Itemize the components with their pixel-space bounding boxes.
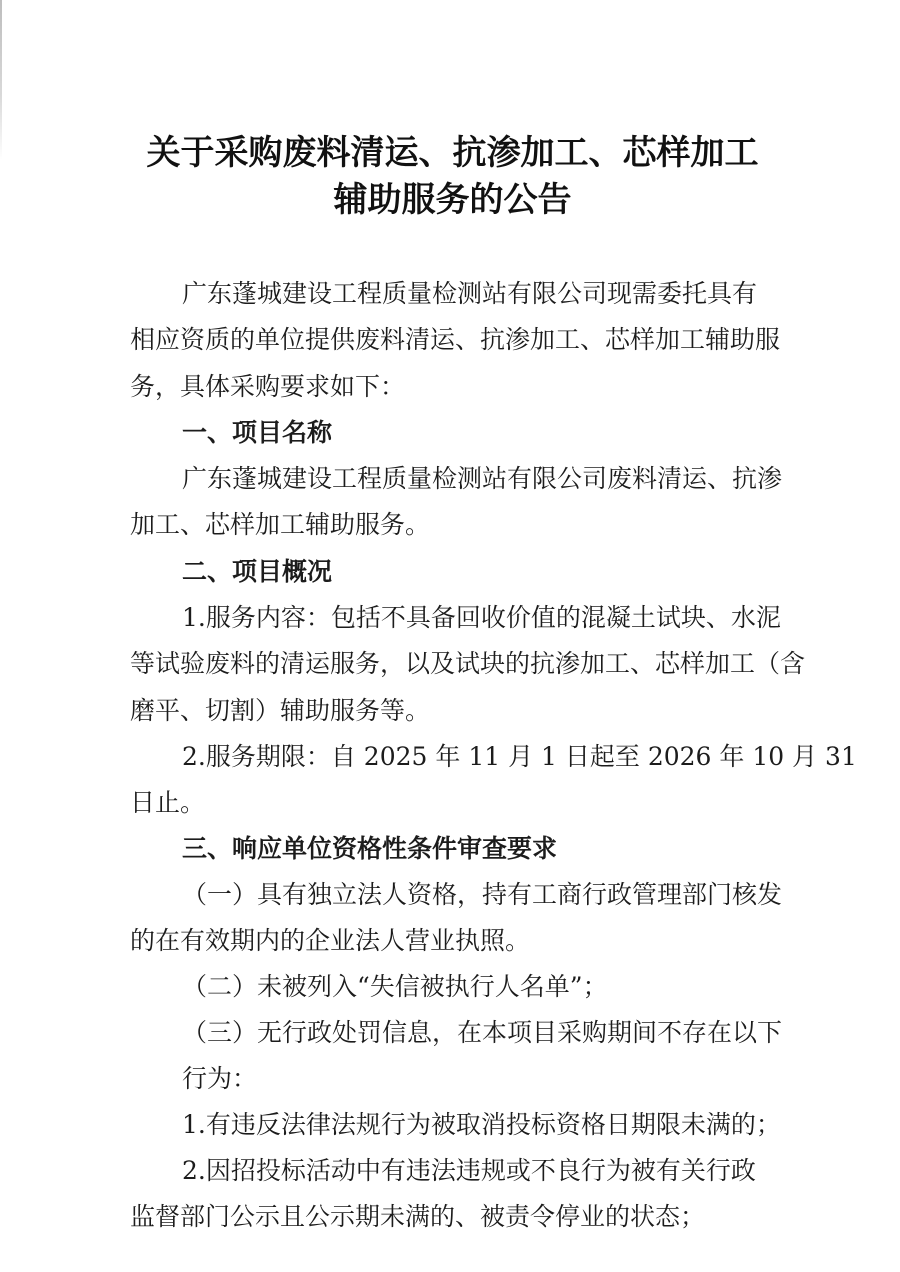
scan-edge-artifact (0, 0, 2, 160)
section-1-line-2: 加工、芯样加工辅助服务。 (130, 508, 430, 542)
section-1-heading: 一、项目名称 (182, 416, 332, 450)
section-3-req-2: （二）未被列入“失信被执行人名单”； (182, 970, 608, 1004)
section-2-item-1-line-2: 等试验废料的清运服务，以及试块的抗渗加工、芯样加工（含 (130, 647, 805, 681)
document-title-line-2: 辅助服务的公告 (130, 175, 775, 225)
section-3-req-1-line-1: （一）具有独立法人资格，持有工商行政管理部门核发 (182, 878, 782, 912)
section-2-item-2-line-2: 日止。 (130, 786, 205, 820)
intro-line-2: 相应资质的单位提供废料清运、抗渗加工、芯样加工辅助服 (130, 323, 780, 357)
section-3-req-1-line-2: 的在有效期内的企业法人营业执照。 (130, 924, 530, 958)
section-2-item-2-line-1: 2.服务期限：自 2025 年 11 月 1 日起至 2026 年 10 月 3… (182, 740, 857, 774)
section-3-heading: 三、响应单位资格性条件审查要求 (182, 832, 557, 866)
intro-line-3: 务，具体采购要求如下： (130, 370, 405, 404)
intro-line-1: 广东蓬城建设工程质量检测站有限公司现需委托具有 (182, 277, 757, 311)
section-3-sub-2-line-1: 2.因招投标活动中有违法违规或不良行为被有关行政 (182, 1154, 756, 1188)
section-3-sub-2-line-2: 监督部门公示且公示期未满的、被责令停业的状态； (130, 1200, 705, 1234)
section-1-line-1: 广东蓬城建设工程质量检测站有限公司废料清运、抗渗 (182, 462, 782, 496)
section-2-heading: 二、项目概况 (182, 555, 332, 589)
section-2-item-1-line-1: 1.服务内容：包括不具备回收价值的混凝土试块、水泥 (182, 601, 781, 635)
section-2-item-1-line-3: 磨平、切割）辅助服务等。 (130, 694, 430, 728)
section-3-req-3-line-1: （三）无行政处罚信息，在本项目采购期间不存在以下 (182, 1016, 782, 1050)
section-3-req-3-line-2: 行为： (182, 1062, 257, 1096)
document-title-line-1: 关于采购废料清运、抗渗加工、芯样加工 (130, 128, 775, 178)
section-3-sub-1: 1.有违反法律法规行为被取消投标资格日期限未满的； (182, 1108, 781, 1142)
